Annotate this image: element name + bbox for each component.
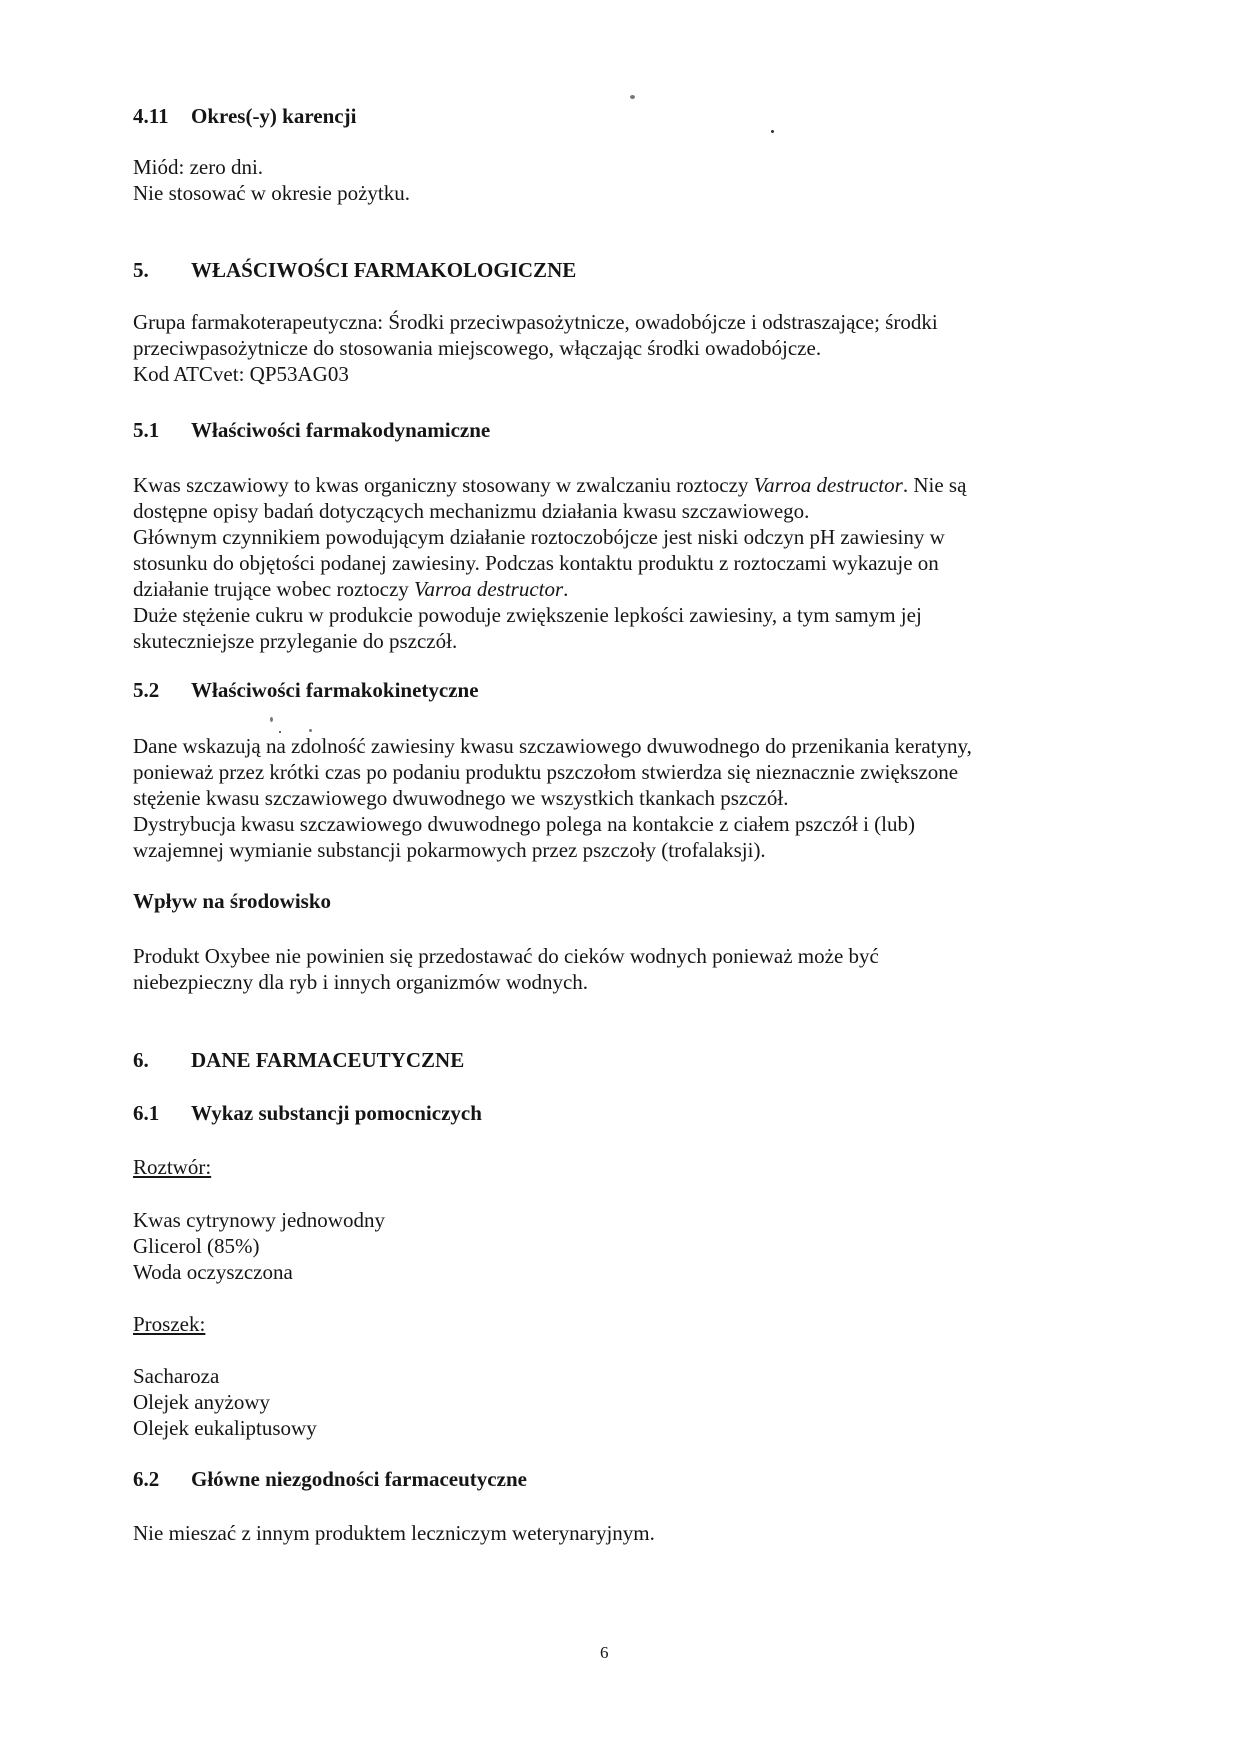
list-item: Sacharoza xyxy=(133,1363,317,1389)
paragraph-line: stosunku do objętości podanej zawiesiny.… xyxy=(133,550,966,576)
section-5-2-body: Dane wskazują na zdolność zawiesiny kwas… xyxy=(133,733,972,863)
scan-speck xyxy=(630,95,635,99)
section-number: 5. xyxy=(133,258,191,283)
paragraph-line: Nie mieszać z innym produktem leczniczym… xyxy=(133,1520,655,1546)
solution-label: Roztwór: xyxy=(133,1154,211,1180)
list-item: Kwas cytrynowy jednowodny xyxy=(133,1207,385,1233)
section-number: 6.2 xyxy=(133,1467,191,1492)
text-run: . xyxy=(563,577,568,601)
scan-speck xyxy=(309,729,312,732)
paragraph-line: Nie stosować w okresie pożytku. xyxy=(133,180,410,206)
environment-heading: Wpływ na środowisko xyxy=(133,889,331,914)
section-title: DANE FARMACEUTYCZNE xyxy=(191,1048,464,1072)
section-number: 5.1 xyxy=(133,418,191,443)
paragraph-line: ponieważ przez krótki czas po podaniu pr… xyxy=(133,759,972,785)
atc-code: Kod ATCvet: QP53AG03 xyxy=(133,361,938,387)
powder-list: Sacharoza Olejek anyżowy Olejek eukalipt… xyxy=(133,1363,317,1441)
section-title: Właściwości farmakodynamiczne xyxy=(191,418,490,442)
scan-speck xyxy=(270,717,273,722)
section-title: Właściwości farmakokinetyczne xyxy=(191,678,479,702)
paragraph-line: Głównym czynnikiem powodującym działanie… xyxy=(133,524,966,550)
paragraph-line: skuteczniejsze przyleganie do pszczół. xyxy=(133,628,966,654)
scan-speck xyxy=(771,130,774,133)
section-6-heading: 6.DANE FARMACEUTYCZNE xyxy=(133,1048,464,1073)
solution-list: Kwas cytrynowy jednowodny Glicerol (85%)… xyxy=(133,1207,385,1285)
section-title: Okres(-y) karencji xyxy=(191,104,356,128)
list-item: Glicerol (85%) xyxy=(133,1233,385,1259)
paragraph-line: przeciwpasożytnicze do stosowania miejsc… xyxy=(133,335,938,361)
paragraph-line: działanie trujące wobec roztoczy Varroa … xyxy=(133,576,966,602)
section-5-2-heading: 5.2Właściwości farmakokinetyczne xyxy=(133,678,479,703)
paragraph-line: Dane wskazują na zdolność zawiesiny kwas… xyxy=(133,733,972,759)
page-number: 6 xyxy=(600,1643,609,1663)
paragraph-line: Miód: zero dni. xyxy=(133,154,410,180)
environment-body: Produkt Oxybee nie powinien się przedost… xyxy=(133,943,879,995)
paragraph-line: stężenie kwasu szczawiowego dwuwodnego w… xyxy=(133,785,972,811)
text-run: Kwas szczawiowy to kwas organiczny stoso… xyxy=(133,473,754,497)
species-name: Varroa destructor xyxy=(414,577,563,601)
section-6-1-heading: 6.1Wykaz substancji pomocniczych xyxy=(133,1101,482,1126)
paragraph-line: Kwas szczawiowy to kwas organiczny stoso… xyxy=(133,472,966,498)
list-item: Woda oczyszczona xyxy=(133,1259,385,1285)
species-name: Varroa destructor xyxy=(754,473,903,497)
paragraph-line: Dystrybucja kwasu szczawiowego dwuwodneg… xyxy=(133,811,972,837)
section-5-heading: 5.WŁAŚCIWOŚCI FARMAKOLOGICZNE xyxy=(133,258,576,283)
section-4-11-body: Miód: zero dni. Nie stosować w okresie p… xyxy=(133,154,410,206)
paragraph-line: dostępne opisy badań dotyczących mechani… xyxy=(133,498,966,524)
document-page: 4.11Okres(-y) karencji Miód: zero dni. N… xyxy=(0,0,1242,1754)
section-6-2-heading: 6.2Główne niezgodności farmaceutyczne xyxy=(133,1467,527,1492)
paragraph-line: wzajemnej wymianie substancji pokarmowyc… xyxy=(133,837,972,863)
section-5-1-heading: 5.1Właściwości farmakodynamiczne xyxy=(133,418,490,443)
section-number: 6. xyxy=(133,1048,191,1073)
text-run: działanie trujące wobec roztoczy xyxy=(133,577,414,601)
powder-label: Proszek: xyxy=(133,1311,205,1337)
list-item: Olejek anyżowy xyxy=(133,1389,317,1415)
section-number: 4.11 xyxy=(133,104,191,129)
paragraph-line: niebezpieczny dla ryb i innych organizmó… xyxy=(133,969,879,995)
section-5-1-body: Kwas szczawiowy to kwas organiczny stoso… xyxy=(133,472,966,654)
section-title: WŁAŚCIWOŚCI FARMAKOLOGICZNE xyxy=(191,258,576,282)
section-6-2-body: Nie mieszać z innym produktem leczniczym… xyxy=(133,1520,655,1546)
section-title: Główne niezgodności farmaceutyczne xyxy=(191,1467,527,1491)
paragraph-line: Duże stężenie cukru w produkcie powoduje… xyxy=(133,602,966,628)
paragraph-line: Produkt Oxybee nie powinien się przedost… xyxy=(133,943,879,969)
section-title: Wpływ na środowisko xyxy=(133,889,331,913)
section-number: 6.1 xyxy=(133,1101,191,1126)
list-item: Olejek eukaliptusowy xyxy=(133,1415,317,1441)
paragraph-line: Grupa farmakoterapeutyczna: Środki przec… xyxy=(133,309,938,335)
section-5-body: Grupa farmakoterapeutyczna: Środki przec… xyxy=(133,309,938,387)
text-run: . Nie są xyxy=(903,473,967,497)
section-number: 5.2 xyxy=(133,678,191,703)
section-title: Wykaz substancji pomocniczych xyxy=(191,1101,482,1125)
section-4-11-heading: 4.11Okres(-y) karencji xyxy=(133,104,356,129)
